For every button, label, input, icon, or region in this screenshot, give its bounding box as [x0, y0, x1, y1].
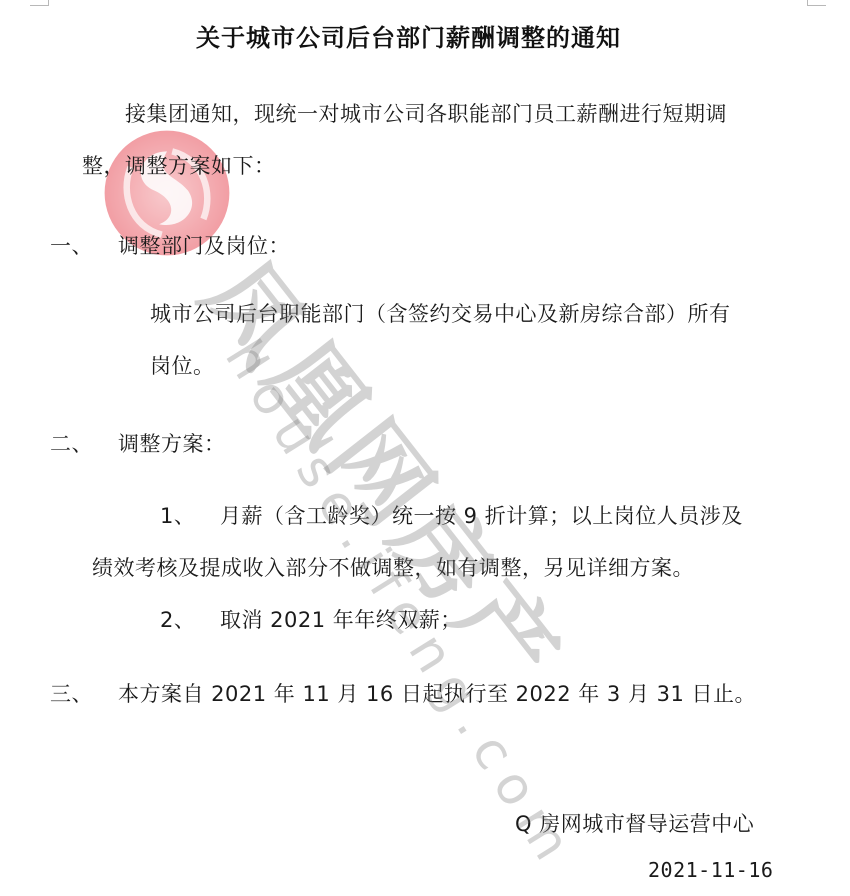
section-1-body-line-1: 城市公司后台职能部门（含签约交易中心及新房综合部）所有 [150, 298, 731, 328]
intro-line-2: 整，调整方案如下： [82, 150, 276, 180]
section-3-marker: 三、 [50, 678, 93, 708]
section-1-heading: 调整部门及岗位： [118, 230, 290, 260]
item-1-line-1: 月薪（含工龄奖）统一按 9 折计算；以上岗位人员涉及 [220, 500, 743, 530]
signature-issuer: Q 房网城市督导运营中心 [515, 808, 754, 838]
section-2-marker: 二、 [50, 428, 93, 458]
section-2-heading: 调整方案： [118, 428, 226, 458]
signature-date: 2021-11-16 [648, 858, 773, 882]
section-1-body-line-2: 岗位。 [150, 350, 215, 380]
document-title: 关于城市公司后台部门薪酬调整的通知 [196, 18, 621, 53]
item-1-line-2: 绩效考核及提成收入部分不做调整，如有调整，另见详细方案。 [92, 552, 694, 582]
item-2-line-1: 取消 2021 年年终双薪； [220, 604, 462, 634]
section-1-marker: 一、 [50, 230, 93, 260]
intro-line-1: 接集团通知，现统一对城市公司各职能部门员工薪酬进行短期调 [125, 98, 727, 128]
page-corner-mark-left [30, 0, 49, 6]
item-2-marker: 2、 [160, 604, 195, 634]
item-1-marker: 1、 [160, 500, 195, 530]
document-page: 关于城市公司后台部门薪酬调整的通知 接集团通知，现统一对城市公司各职能部门员工薪… [0, 0, 850, 896]
section-3-heading: 本方案自 2021 年 11 月 16 日起执行至 2022 年 3 月 31 … [118, 678, 756, 708]
page-corner-mark-right [807, 0, 826, 6]
